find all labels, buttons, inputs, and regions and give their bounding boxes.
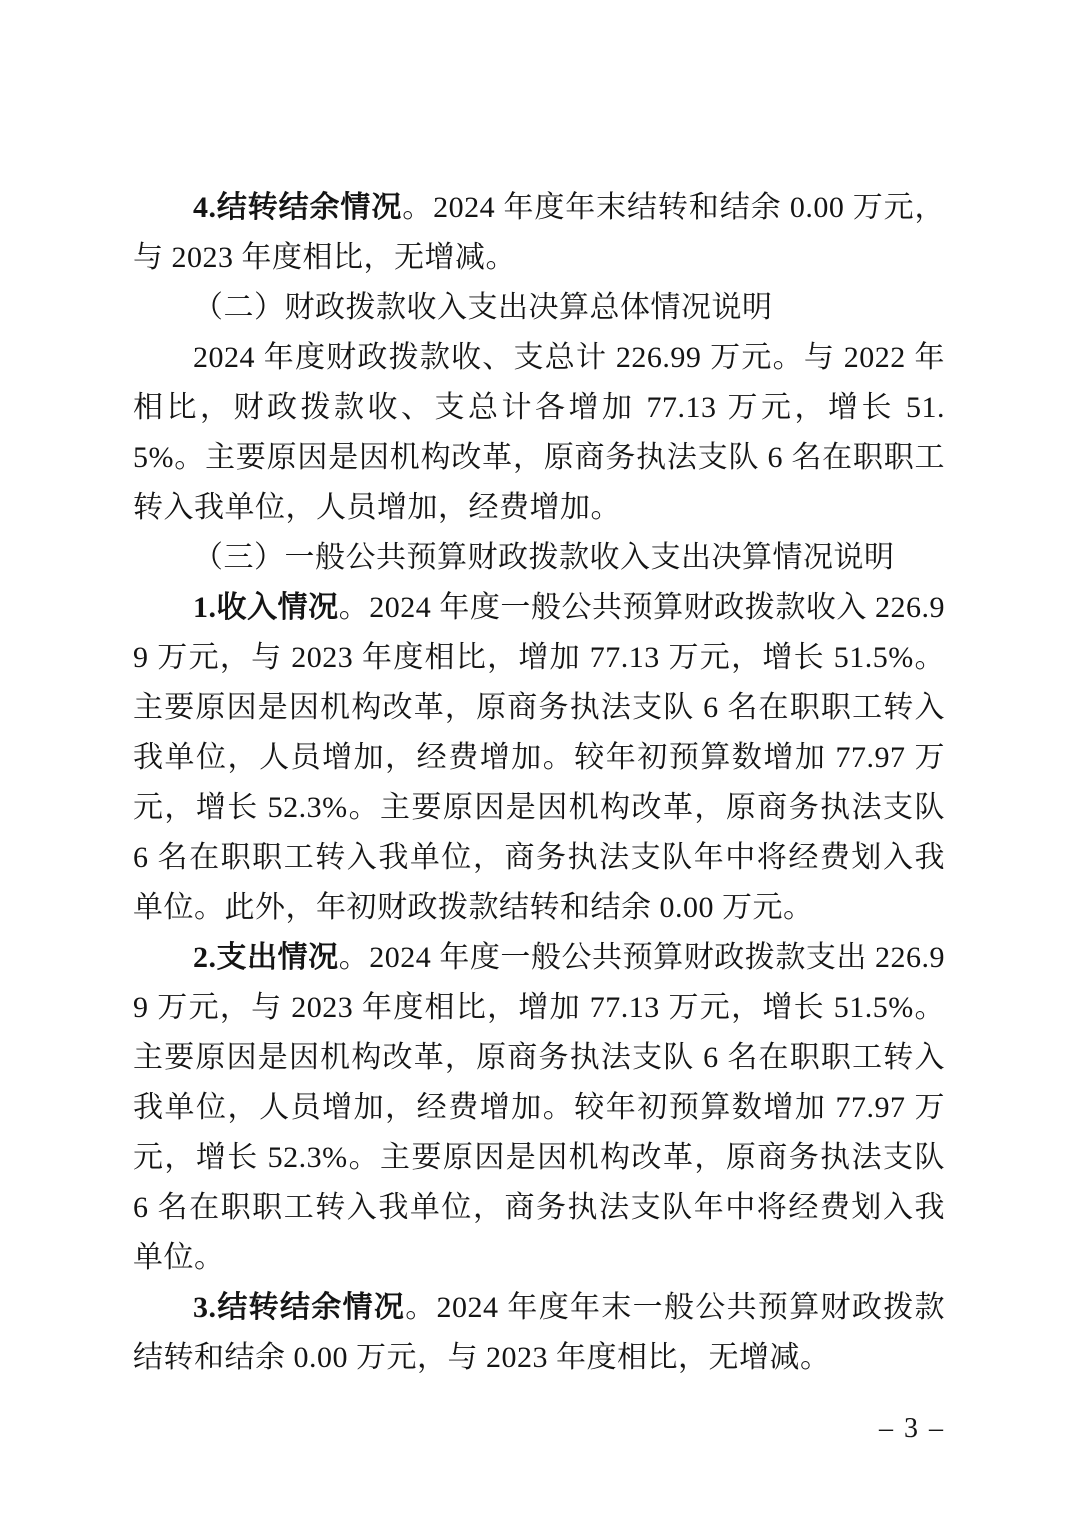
- paragraph-text: （二）财政拨款收入支出决算总体情况说明: [193, 291, 773, 324]
- paragraph-lead-in-bold: 2.支出情况: [193, 941, 339, 974]
- paragraph: 4.结转结余情况。2024 年度年末结转和结余 0.00 万元，与 2023 年…: [133, 183, 945, 283]
- document-page: 4.结转结余情况。2024 年度年末结转和结余 0.00 万元，与 2023 年…: [0, 0, 1075, 1520]
- paragraph-text: 。2024 年度一般公共预算财政拨款收入 226.99 万元，与 2023 年度…: [133, 591, 945, 924]
- paragraph-lead-in-bold: 4.结转结余情况: [193, 191, 402, 224]
- paragraph-text: （三）一般公共预算财政拨款收入支出决算情况说明: [193, 541, 895, 574]
- paragraph: 3.结转结余情况。2024 年度年末一般公共预算财政拨款结转和结余 0.00 万…: [133, 1283, 945, 1383]
- paragraph: 2024 年度财政拨款收、支总计 226.99 万元。与 2022 年相比，财政…: [133, 333, 945, 533]
- document-body: 4.结转结余情况。2024 年度年末结转和结余 0.00 万元，与 2023 年…: [133, 183, 945, 1383]
- paragraph: 2.支出情况。2024 年度一般公共预算财政拨款支出 226.99 万元，与 2…: [133, 933, 945, 1283]
- section-heading: （二）财政拨款收入支出决算总体情况说明: [133, 283, 945, 333]
- paragraph: 1.收入情况。2024 年度一般公共预算财政拨款收入 226.99 万元，与 2…: [133, 583, 945, 933]
- page-number: – 3 –: [133, 1408, 945, 1450]
- paragraph-lead-in-bold: 3.结转结余情况: [193, 1291, 405, 1324]
- paragraph-lead-in-bold: 1.收入情况: [193, 591, 339, 624]
- paragraph-text: 。2024 年度一般公共预算财政拨款支出 226.99 万元，与 2023 年度…: [133, 941, 945, 1274]
- paragraph-text: 2024 年度财政拨款收、支总计 226.99 万元。与 2022 年相比，财政…: [133, 341, 945, 524]
- section-heading: （三）一般公共预算财政拨款收入支出决算情况说明: [133, 533, 945, 583]
